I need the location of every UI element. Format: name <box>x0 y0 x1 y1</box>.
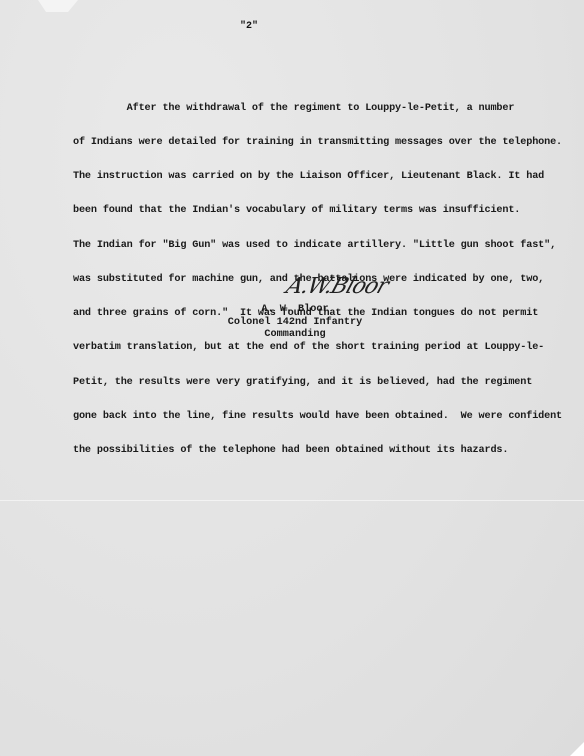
text-line: gone back into the line, fine results wo… <box>73 411 578 422</box>
folded-corner <box>570 742 584 756</box>
text-line: been found that the Indian's vocabulary … <box>73 205 578 216</box>
signatory-role: Commanding <box>225 329 365 342</box>
fold-line <box>0 500 584 501</box>
text-line: verbatim translation, but at the end of … <box>73 342 578 353</box>
text-line: the possibilities of the telephone had b… <box>73 445 578 456</box>
signature-block: A. W. Bloor Colonel 142nd Infantry Comma… <box>225 304 365 342</box>
text-line: The Indian for "Big Gun" was used to ind… <box>73 240 578 251</box>
torn-edge <box>38 0 78 12</box>
handwritten-signature: A.W.Bloor <box>283 274 391 299</box>
text-line: The instruction was carried on by the Li… <box>73 171 578 182</box>
signatory-title: Colonel 142nd Infantry <box>225 317 365 330</box>
text-line: After the withdrawal of the regiment to … <box>73 103 578 114</box>
text-line: Petit, the results were very gratifying,… <box>73 377 578 388</box>
page-number: "2" <box>240 21 258 32</box>
document-page: "2" After the withdrawal of the regiment… <box>0 0 584 756</box>
signatory-name: A. W. Bloor <box>225 304 365 317</box>
text-line: of Indians were detailed for training in… <box>73 137 578 148</box>
